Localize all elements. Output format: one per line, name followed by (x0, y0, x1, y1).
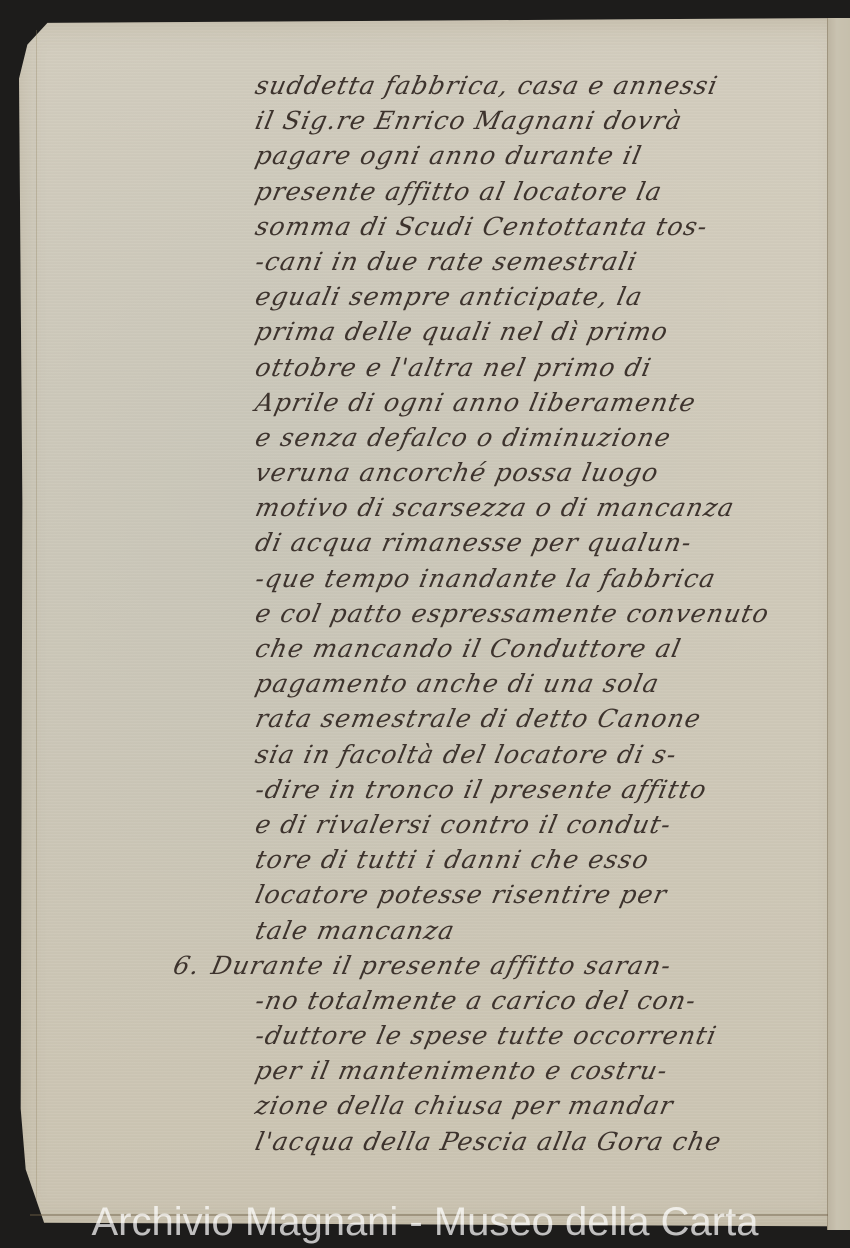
manuscript-line: pagare ogni anno durante il (170, 138, 837, 173)
manuscript-line: rata semestrale di detto Canone (170, 701, 837, 736)
handwritten-text-block: suddetta fabbrica, casa e annessi il Sig… (170, 68, 830, 1159)
clause-text: Durante il presente affitto saran- (209, 951, 675, 980)
manuscript-line: locatore potesse risentire per (170, 877, 837, 912)
manuscript-line: motivo di scarsezza o di mancanza (170, 490, 837, 525)
manuscript-line: che mancando il Conduttore al (170, 631, 837, 666)
manuscript-line: di acqua rimanesse per qualun- (170, 525, 837, 560)
manuscript-line: e senza defalco o diminuzione (170, 420, 837, 455)
manuscript-line: e di rivalersi contro il condut- (170, 807, 837, 842)
manuscript-line: tore di tutti i danni che esso (170, 842, 837, 877)
archive-watermark: Archivio Magnani - Museo della Carta (0, 1196, 850, 1248)
manuscript-line-numbered: 6.Durante il presente affitto saran- (170, 948, 837, 983)
manuscript-line: prima delle quali nel dì primo (170, 314, 837, 349)
manuscript-line: ottobre e l'altra nel primo di (170, 350, 837, 385)
page-fold-line (36, 30, 37, 1200)
manuscript-line: zione della chiusa per mandar (170, 1088, 837, 1123)
manuscript-line: -duttore le spese tutte occorrenti (170, 1018, 837, 1053)
manuscript-line: per il mantenimento e costru- (170, 1053, 837, 1088)
manuscript-line: l'acqua della Pescia alla Gora che (170, 1124, 837, 1159)
manuscript-line: eguali sempre anticipate, la (170, 279, 837, 314)
manuscript-line: tale mancanza (170, 913, 837, 948)
manuscript-line: somma di Scudi Centottanta tos- (170, 209, 837, 244)
manuscript-line: presente affitto al locatore la (170, 174, 837, 209)
manuscript-line: Aprile di ogni anno liberamente (170, 385, 837, 420)
manuscript-line: -cani in due rate semestrali (170, 244, 837, 279)
manuscript-line: veruna ancorché possa luogo (170, 455, 837, 490)
manuscript-line: il Sig.re Enrico Magnani dovrà (170, 103, 837, 138)
manuscript-line: pagamento anche di una sola (170, 666, 837, 701)
manuscript-line: -no totalmente a carico del con- (170, 983, 837, 1018)
manuscript-line: -dire in tronco il presente affitto (170, 772, 837, 807)
scan-canvas: suddetta fabbrica, casa e annessi il Sig… (0, 0, 850, 1248)
manuscript-line: suddetta fabbrica, casa e annessi (170, 68, 837, 103)
manuscript-line: sia in facoltà del locatore di s- (170, 737, 837, 772)
manuscript-line: e col patto espressamente convenuto (170, 596, 837, 631)
manuscript-line: -que tempo inandante la fabbrica (170, 561, 837, 596)
